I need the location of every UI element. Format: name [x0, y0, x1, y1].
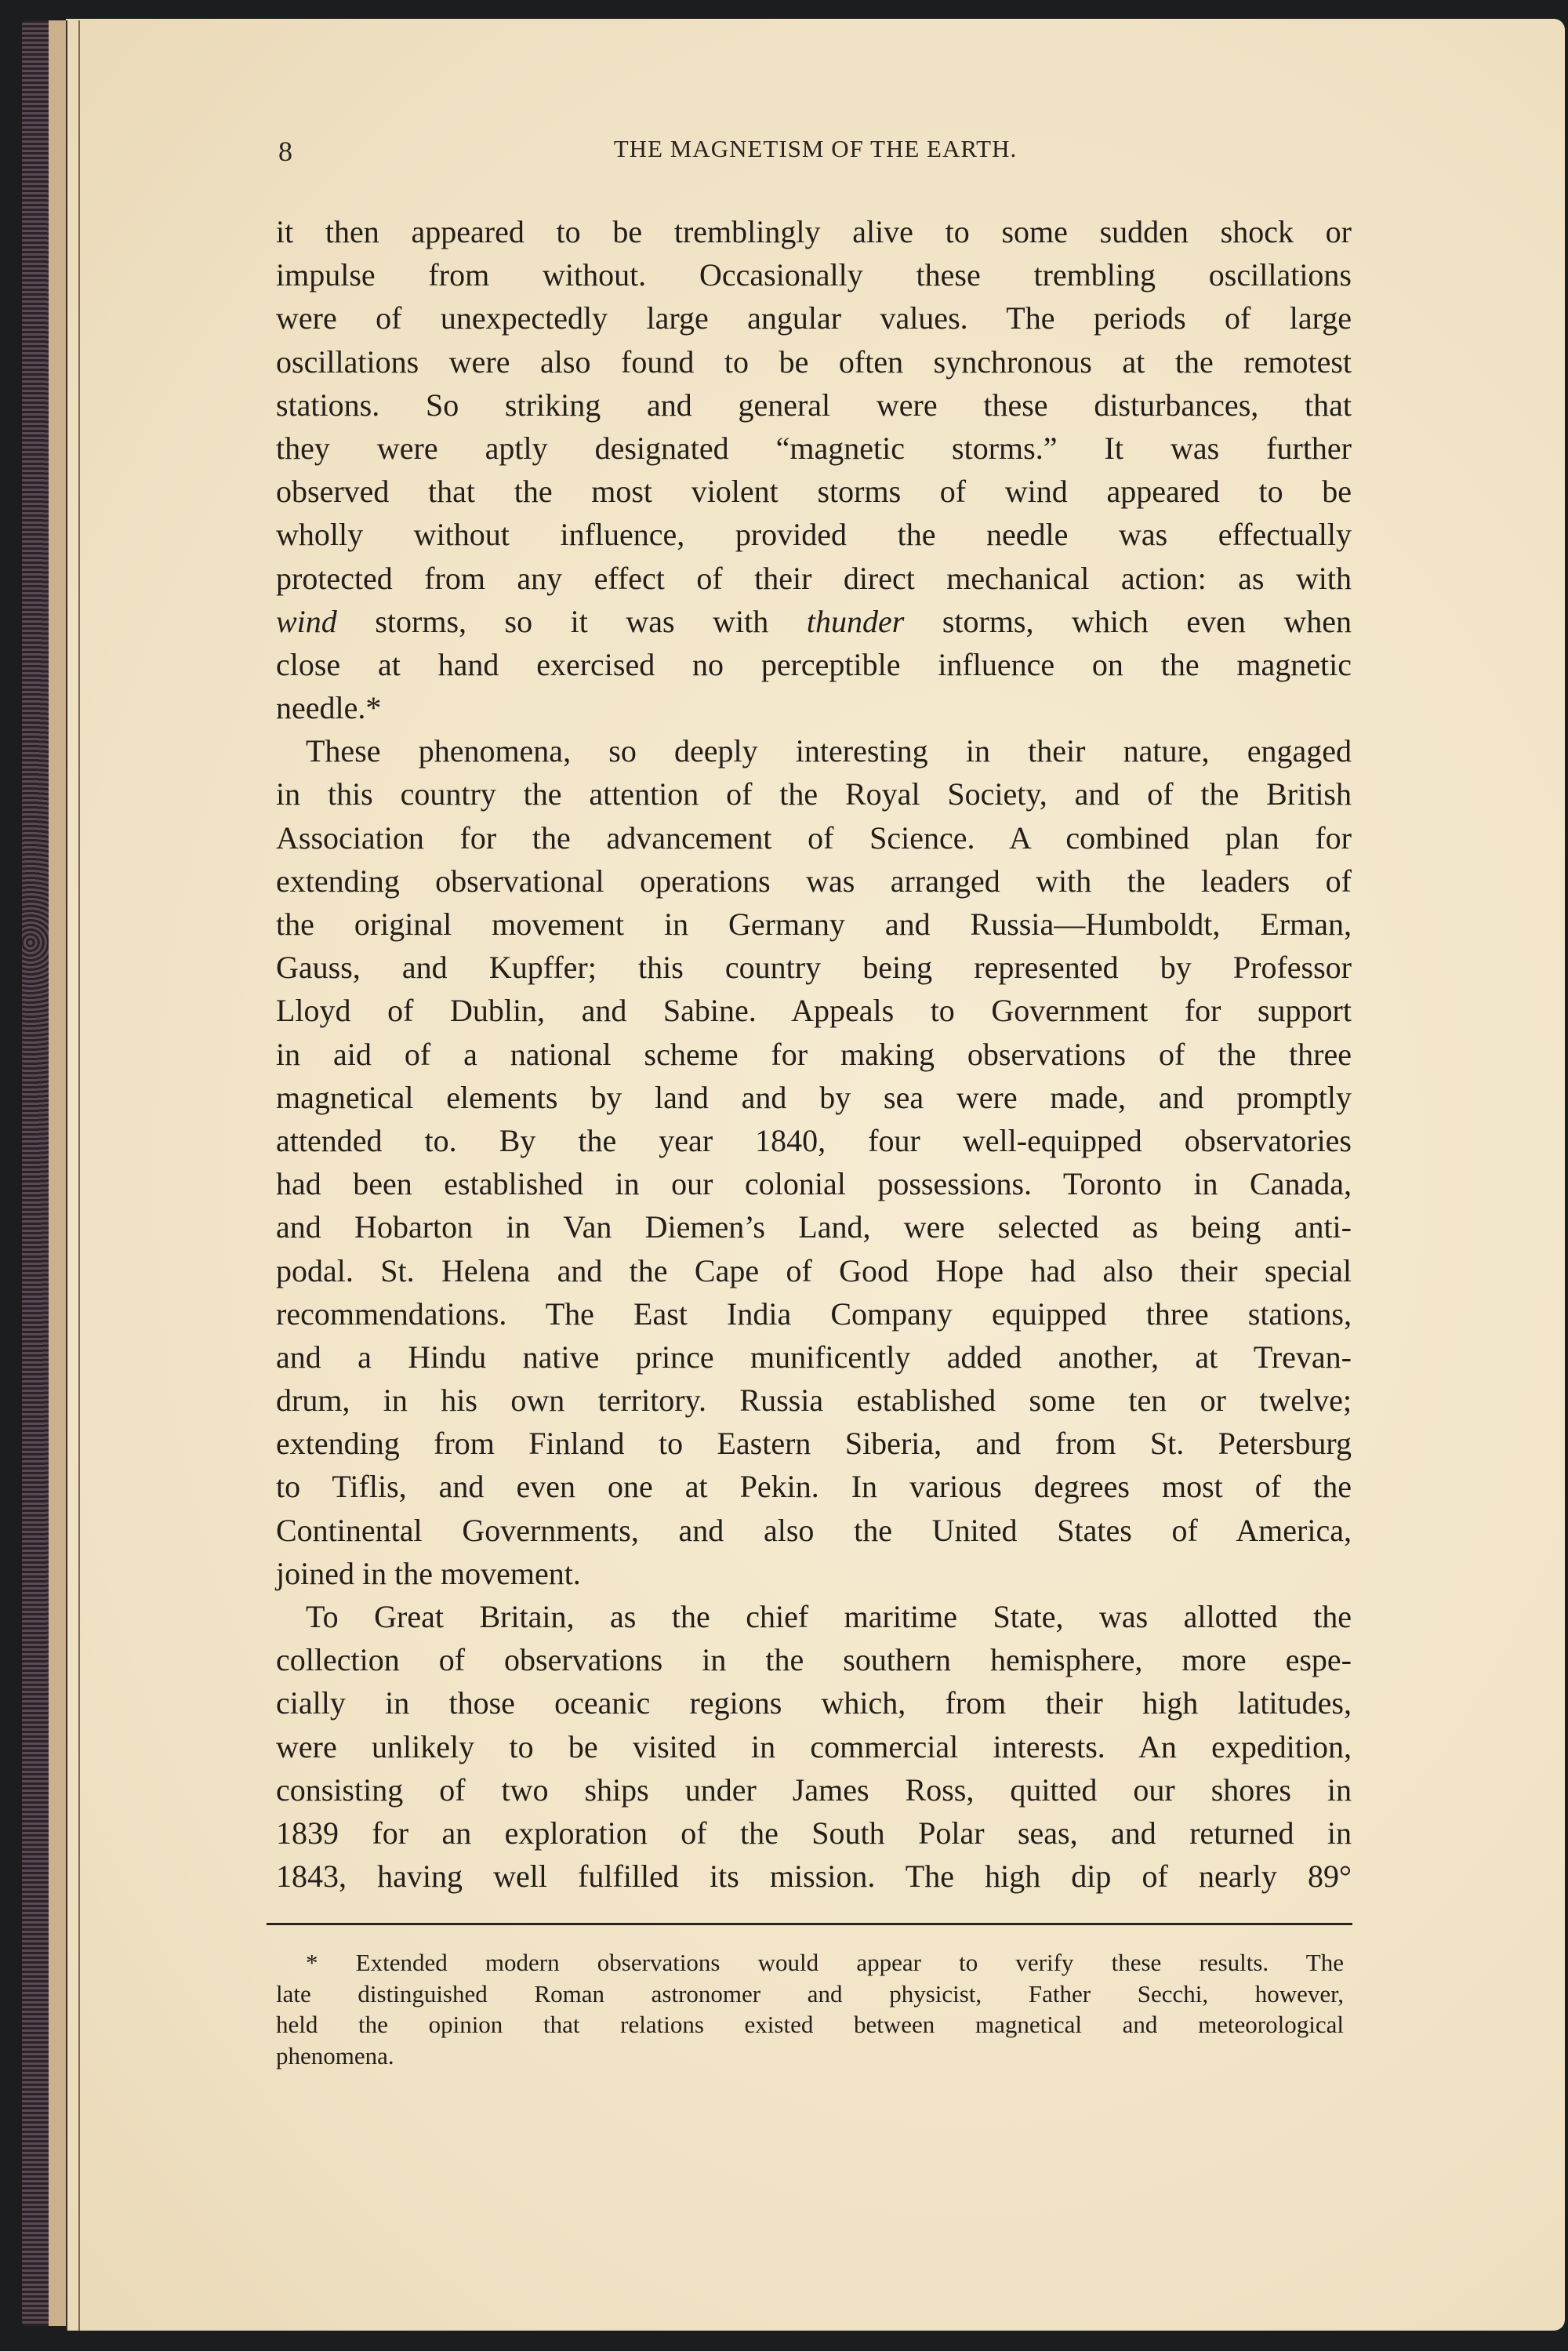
text-line: it then appeared to be tremblingly alive… — [276, 210, 1352, 253]
text-line: Association for the advancement of Scien… — [276, 816, 1352, 859]
text-line: 1843, having well fulfilled its mission.… — [276, 1855, 1352, 1898]
text-fragment: storms, which even when — [942, 604, 1352, 639]
paragraph-start: To Great Britain, as the chief maritime … — [276, 1595, 1352, 1638]
running-header: 8 THE MAGNETISM OF THE EARTH. — [278, 135, 1352, 174]
text-line-mixed: wind storms, so it was with thunder stor… — [276, 600, 1352, 643]
text-line: were unlikely to be visited in commercia… — [276, 1725, 1352, 1768]
text-line: needle.* — [276, 686, 1352, 729]
paragraph-start: These phenomena, so deeply interesting i… — [276, 729, 1352, 772]
text-line: Continental Governments, and also the Un… — [276, 1509, 1352, 1552]
text-line: attended to. By the year 1840, four well… — [276, 1119, 1352, 1162]
text-line: the original movement in Germany and Rus… — [276, 903, 1352, 946]
text-line: recommendations. The East India Company … — [276, 1292, 1352, 1335]
text-line: cially in those oceanic regions which, f… — [276, 1681, 1352, 1724]
text-line: had been established in our colonial pos… — [276, 1162, 1352, 1205]
footnote-line: late distinguished Roman astronomer and … — [276, 1979, 1344, 2010]
text-line: 1839 for an exploration of the South Pol… — [276, 1811, 1352, 1855]
text-line: impulse from without. Occasionally these… — [276, 253, 1352, 296]
footnote-line: held the opinion that relations existed … — [276, 2009, 1344, 2040]
footnote-line: * Extended modern observations would app… — [276, 1947, 1344, 1979]
text-line: Gauss, and Kupffer; this country being r… — [276, 946, 1352, 989]
text-line: joined in the movement. — [276, 1552, 1352, 1595]
text-line: and a Hindu native prince munificently a… — [276, 1335, 1352, 1379]
text-line: in aid of a national scheme for making o… — [276, 1033, 1352, 1076]
footnote-rule — [267, 1923, 1352, 1925]
text-line: oscillations were also found to be often… — [276, 340, 1352, 383]
text-line: stations. So striking and general were t… — [276, 383, 1352, 427]
text-line: were of unexpectedly large angular value… — [276, 296, 1352, 340]
book-spine — [22, 20, 50, 2326]
footnote-line: phenomena. — [276, 2040, 1344, 2072]
italic-word: thunder — [807, 604, 904, 639]
italic-word: wind — [276, 604, 337, 639]
text-line: observed that the most violent storms of… — [276, 470, 1352, 513]
text-line: close at hand exercised no perceptible i… — [276, 643, 1352, 686]
text-line: protected from any effect of their direc… — [276, 557, 1352, 600]
text-line: Lloyd of Dublin, and Sabine. Appeals to … — [276, 989, 1352, 1032]
text-line: extending from Finland to Eastern Siberi… — [276, 1422, 1352, 1465]
text-line: in this country the attention of the Roy… — [276, 772, 1352, 816]
body-text: it then appeared to be tremblingly alive… — [276, 210, 1352, 1898]
text-line: extending observational operations was a… — [276, 859, 1352, 903]
text-line: to Tiflis, and even one at Pekin. In var… — [276, 1465, 1352, 1508]
text-line: and Hobarton in Van Diemen’s Land, were … — [276, 1205, 1352, 1248]
text-line: collection of observations in the southe… — [276, 1638, 1352, 1681]
text-line: drum, in his own territory. Russia estab… — [276, 1379, 1352, 1422]
text-line: they were aptly designated “magnetic sto… — [276, 427, 1352, 470]
text-line: podal. St. Helena and the Cape of Good H… — [276, 1249, 1352, 1292]
text-line: consisting of two ships under James Ross… — [276, 1768, 1352, 1811]
spine-endpaper — [49, 20, 67, 2326]
running-head-title: THE MAGNETISM OF THE EARTH. — [278, 135, 1352, 163]
page-gutter-edge — [66, 20, 80, 2331]
text-line: wholly without influence, provided the n… — [276, 513, 1352, 556]
text-line: magnetical elements by land and by sea w… — [276, 1076, 1352, 1119]
footnote: * Extended modern observations would app… — [276, 1947, 1344, 2071]
